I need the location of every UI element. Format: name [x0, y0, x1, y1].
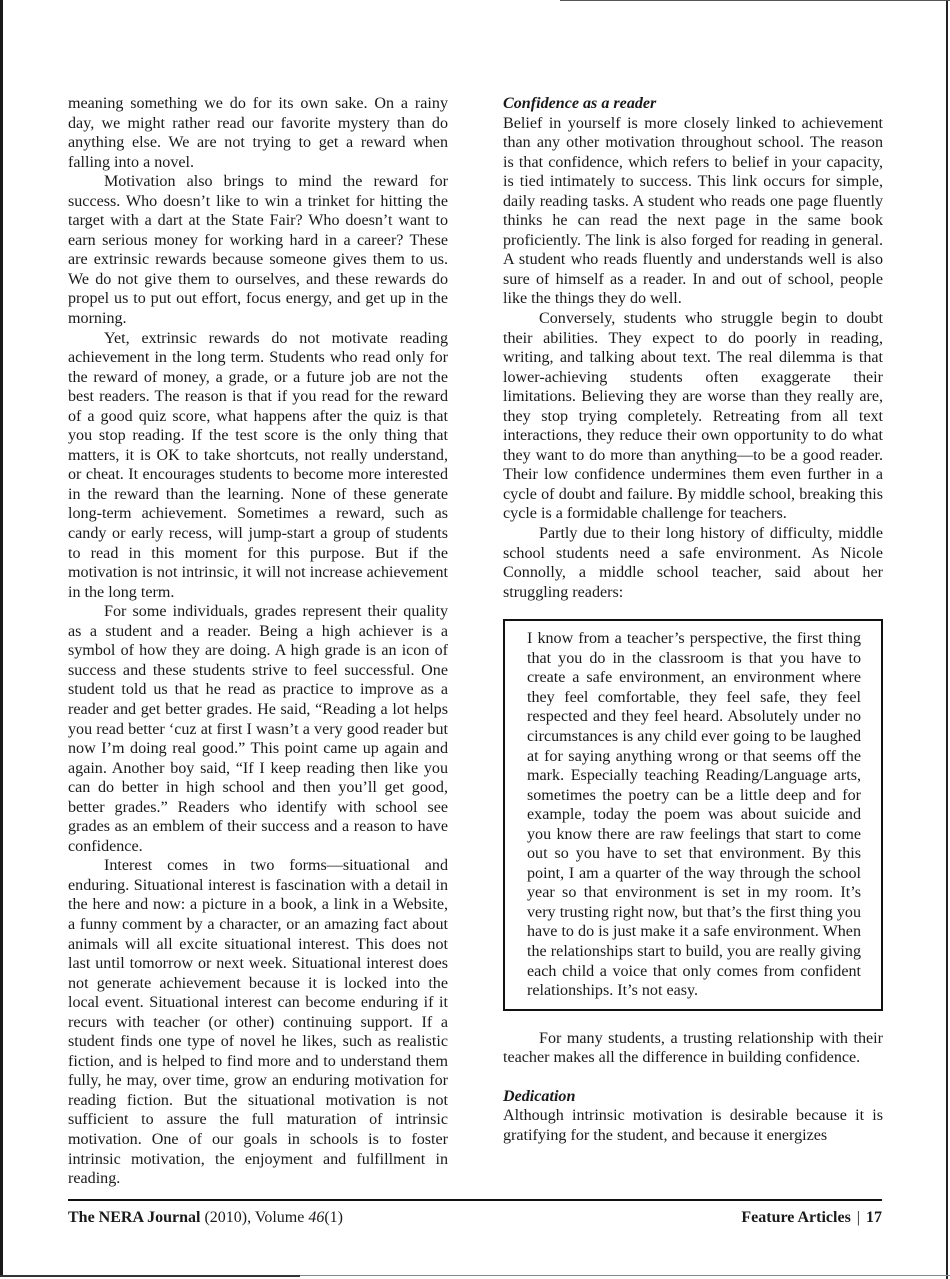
- paragraph: For many students, a trusting relationsh…: [503, 1029, 883, 1068]
- paragraph: Conversely, students who struggle begin …: [503, 309, 883, 524]
- journal-year: (2010), Volume: [204, 1209, 308, 1226]
- scan-edge-bottom: [0, 1275, 300, 1277]
- footer-section: Feature Articles|17: [741, 1208, 882, 1228]
- paragraph: Partly due to their long history of diff…: [503, 524, 883, 602]
- block-quote: I know from a teacher’s perspective, the…: [503, 619, 883, 1010]
- section-heading-confidence: Confidence as a reader: [503, 94, 883, 114]
- page-number: 17: [866, 1209, 882, 1226]
- paragraph: Interest comes in two forms—situational …: [68, 856, 448, 1188]
- section-label: Feature Articles: [741, 1209, 850, 1226]
- journal-volume: 46: [308, 1209, 324, 1226]
- section-heading-dedication: Dedication: [503, 1087, 883, 1107]
- left-column: meaning something we do for its own sake…: [68, 94, 448, 1189]
- paragraph: Belief in yourself is more closely linke…: [503, 114, 883, 309]
- section-spacer: [503, 1068, 883, 1087]
- right-column: Confidence as a reader Belief in yoursel…: [503, 94, 883, 1145]
- scan-edge-bottom-faint: [300, 1275, 950, 1276]
- paragraph: meaning something we do for its own sake…: [68, 94, 448, 172]
- footer-citation: The NERA Journal (2010), Volume 46(1): [68, 1208, 343, 1228]
- footer-separator: |: [857, 1209, 860, 1226]
- paragraph: Although intrinsic motivation is desirab…: [503, 1106, 883, 1145]
- journal-issue: (1): [324, 1209, 343, 1226]
- paragraph: Motivation also brings to mind the rewar…: [68, 172, 448, 328]
- paragraph: For some individuals, grades represent t…: [68, 602, 448, 856]
- scan-edge-top: [560, 0, 950, 1]
- journal-name: The NERA Journal: [68, 1209, 200, 1226]
- scan-edge-left: [0, 0, 3, 1276]
- quote-text: I know from a teacher’s perspective, the…: [527, 629, 861, 1000]
- paragraph: Yet, extrinsic rewards do not motivate r…: [68, 329, 448, 603]
- footer-rule: [68, 1199, 882, 1201]
- scan-edge-right: [946, 0, 948, 1279]
